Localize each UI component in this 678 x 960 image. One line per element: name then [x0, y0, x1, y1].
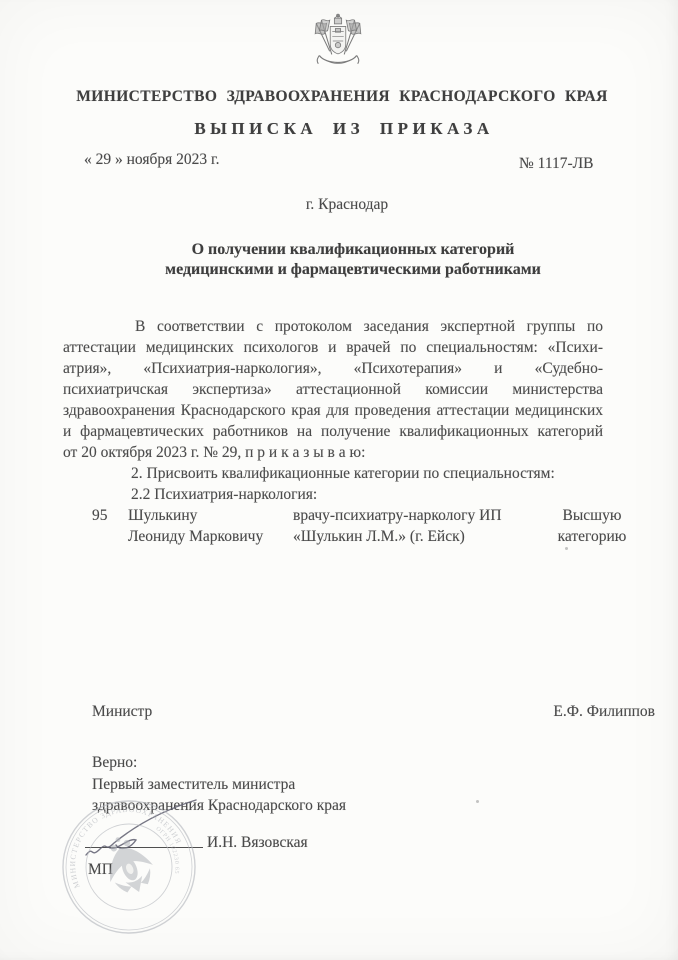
- deputy-name: И.Н. Вязовская: [207, 834, 308, 852]
- body-line-item-2: 2. Присвоить квалификационные категории …: [63, 463, 603, 484]
- order-subject: О получении квалификационных категорий м…: [0, 240, 678, 280]
- doc-type-title: ВЫПИСКА ИЗ ПРИКАЗА: [0, 119, 678, 139]
- recipient-position: врачу-психиатру-наркологу ИП «Шулькин Л.…: [293, 505, 533, 547]
- order-date: « 29 » ноября 2023 г.: [84, 151, 220, 169]
- subject-line-1: О получении квалификационных категорий: [28, 240, 678, 260]
- stamp-eagle-emblem: [96, 829, 161, 901]
- row-number: 95: [92, 505, 108, 526]
- assigned-category: Высшую категорию: [549, 505, 635, 547]
- order-number: № 1117-ЛВ: [519, 155, 594, 173]
- body-line: В соответствии с протоколом заседания эк…: [63, 316, 603, 337]
- body-line: психиатричская экспертиза» аттестационно…: [63, 379, 603, 400]
- order-city: г. Краснодар: [0, 196, 678, 214]
- body-line: от 20 октября 2023 г. № 29, п р и к а з …: [63, 442, 603, 463]
- body-paragraph: В соответствии с протоколом заседания эк…: [63, 316, 603, 505]
- subject-line-2: медицинскими и фармацевтическими работни…: [28, 260, 678, 280]
- document-page: МИНИСТЕРСТВО ЗДРАВООХРАНЕНИЯ КРАСНОДАРСК…: [0, 0, 678, 960]
- org-name: МИНИСТЕРСТВО ЗДРАВООХРАНЕНИЯ КРАСНОДАРСК…: [0, 88, 678, 106]
- minister-name: Е.Ф. Филиппов: [520, 703, 655, 721]
- scan-speck: [565, 547, 568, 550]
- body-line: здравоохранения Краснодарского края для …: [63, 400, 603, 421]
- scan-speck: [476, 800, 479, 803]
- body-line-item-2-2: 2.2 Психиатрия-наркология:: [63, 484, 603, 505]
- deputy-title-line-1: Первый заместитель министра: [92, 774, 346, 796]
- body-line: атрия», «Психиатрия-наркология», «Психот…: [63, 358, 603, 379]
- verno-label: Верно:: [92, 752, 346, 774]
- minister-label: Министр: [92, 703, 152, 721]
- body-line: аттестации медицинских психологов и врач…: [63, 337, 603, 358]
- body-line: и фармацевтических работников на получен…: [63, 421, 603, 442]
- recipient-name: Шулькину Леониду Марковичу: [128, 505, 290, 547]
- official-stamp: МИНИСТЕРСТВО ЗДРАВООХРАНЕНИЯ КРАСНОДАРСК…: [58, 796, 200, 938]
- coat-of-arms-krasnodar-icon: [311, 13, 365, 71]
